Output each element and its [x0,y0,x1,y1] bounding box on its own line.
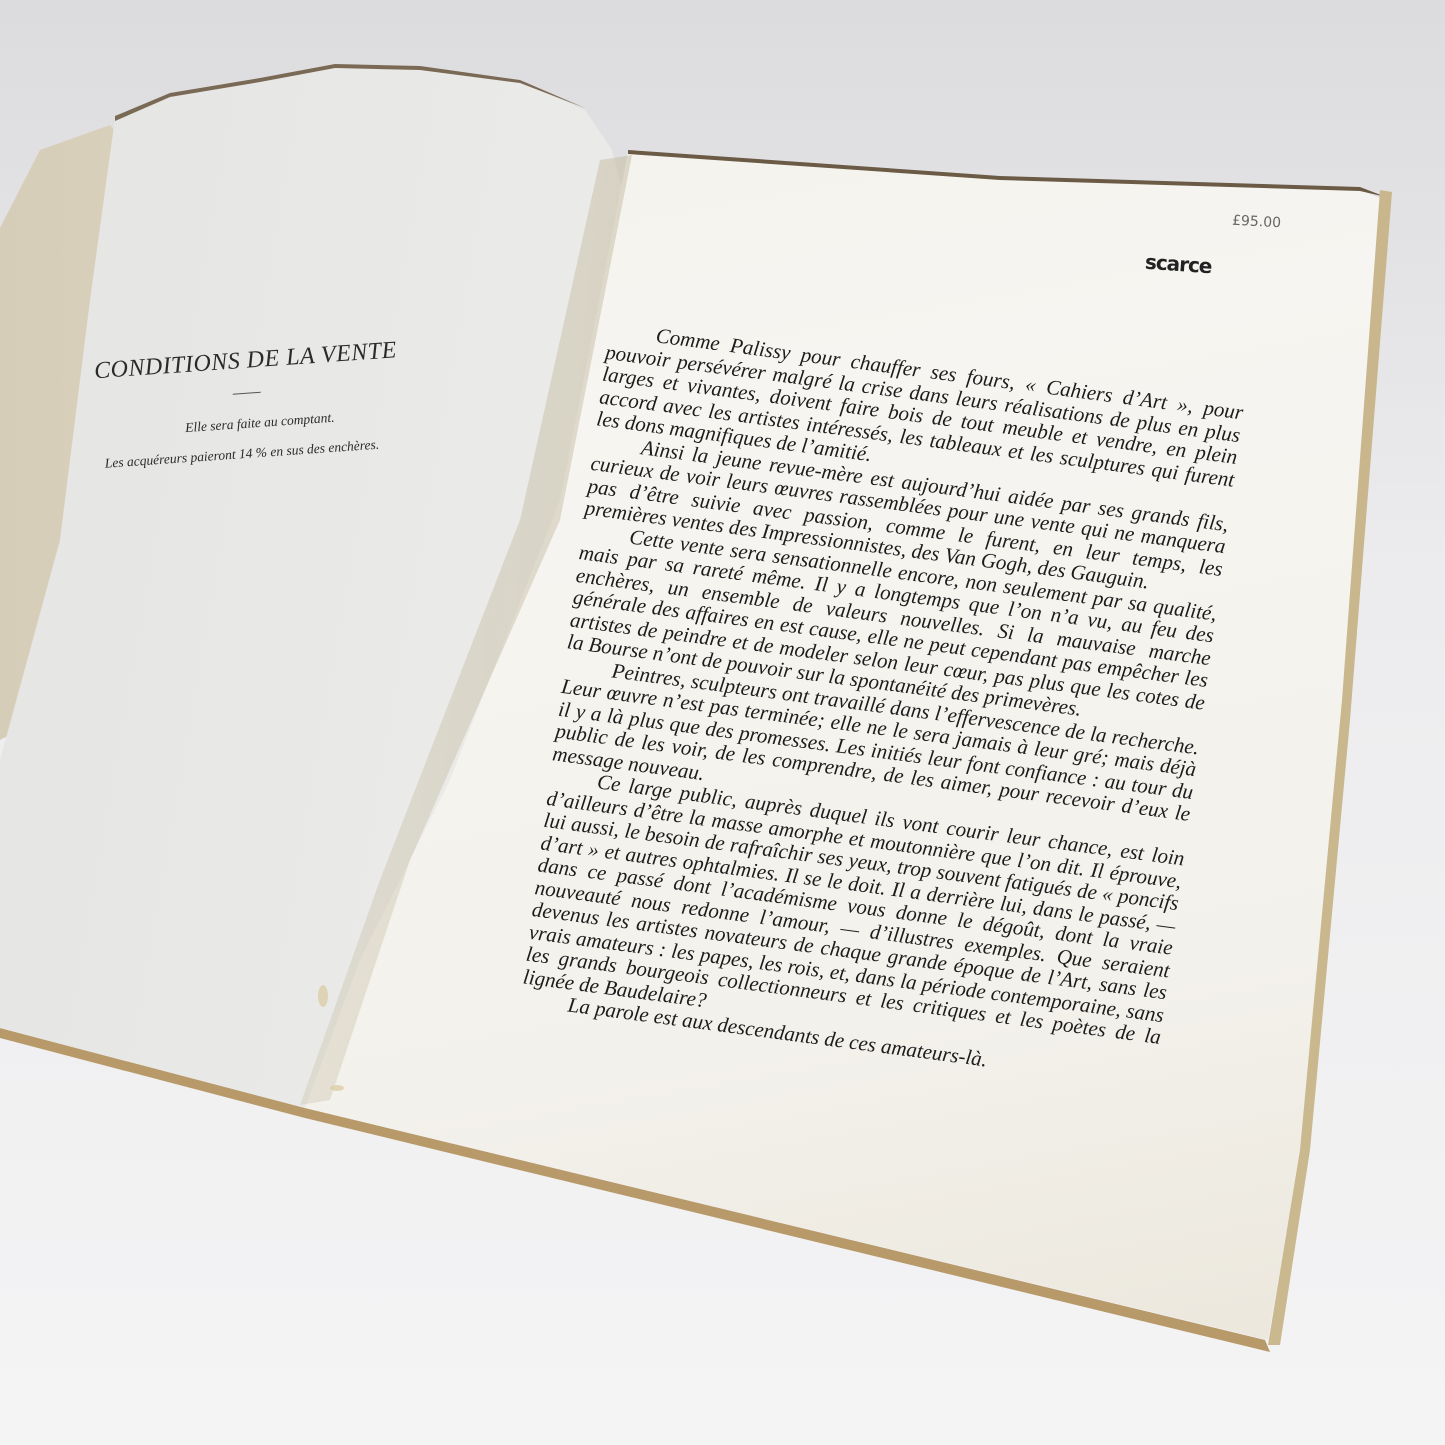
sale-condition-line: Les acquéreurs paieront 14 % en sus des … [77,435,407,474]
title-rule [233,392,261,395]
handwritten-price: £95.00 [1232,213,1282,232]
paper-stain [318,985,328,1007]
paper-stain [330,1085,344,1091]
book-photo: CONDITIONS DE LA VENTE Elle sera faite a… [0,0,1445,1445]
right-page-text: Comme Palissy pour chauffer ses fours, «… [519,318,1245,1093]
handwritten-note: scarce [1144,250,1212,279]
left-page-content: CONDITIONS DE LA VENTE Elle sera faite a… [70,337,408,488]
